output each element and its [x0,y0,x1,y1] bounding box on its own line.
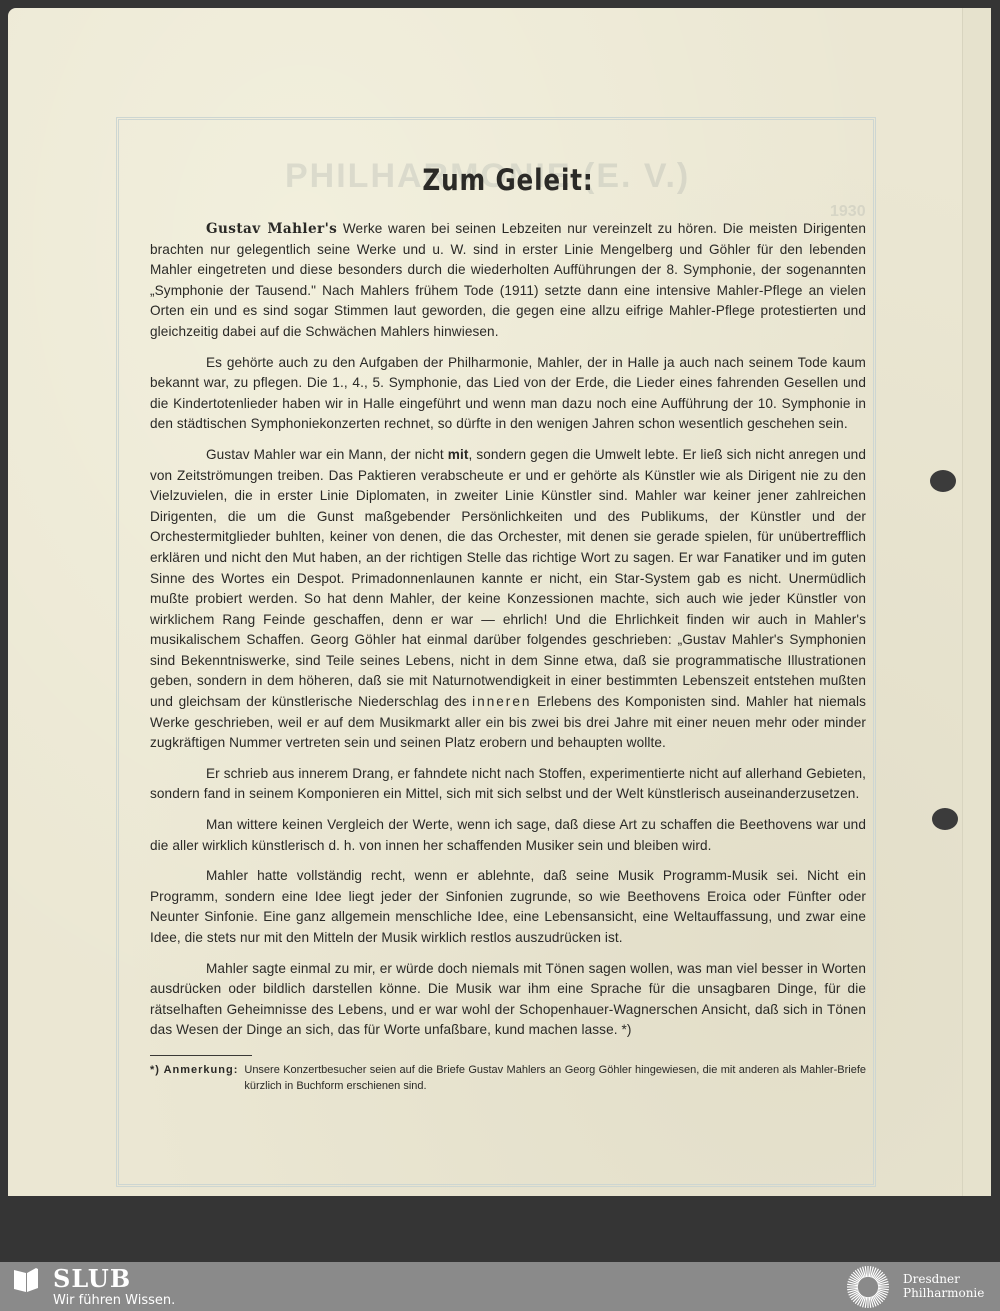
paragraph-2: Es gehörte auch zu den Aufgaben der Phil… [150,353,866,435]
footer-bar: SLUB Wir führen Wissen. Dresdner Philhar… [0,1262,1000,1311]
footnote-text: Unsere Konzertbesucher seien auf die Bri… [244,1062,866,1094]
paragraph-7: Mahler sagte einmal zu mir, er würde doc… [150,959,866,1041]
paragraph-4: Er schrieb aus innerem Drang, er fahndet… [150,764,866,805]
slub-name[interactable]: SLUB [53,1264,131,1293]
paragraph-3: Gustav Mahler war ein Mann, der nicht mi… [150,445,866,754]
document-body: Zum Geleit: Gustav Mahler's Werke waren … [150,163,866,1094]
page-title: Zum Geleit: [204,163,813,197]
sunburst-icon[interactable] [845,1264,891,1310]
book-icon[interactable] [12,1267,40,1293]
footnote: *) Anmerkung: Unsere Konzertbesucher sei… [150,1062,866,1094]
punch-hole [930,470,956,492]
paragraph-1: Gustav Mahler's Werke waren bei seinen L… [150,219,866,343]
slub-tagline: Wir führen Wissen. [53,1293,175,1308]
paragraph-5: Man wittere keinen Vergleich der Werte, … [150,815,866,856]
scan-frame: PHILHARMONIE (E. V.) 1930 Zum Geleit: Gu… [0,0,1000,1262]
footnote-label: *) Anmerkung: [150,1062,244,1094]
lead-name: Gustav Mahler's [206,221,337,237]
footnote-divider [150,1055,252,1056]
spaced-emphasis: inneren [472,694,531,709]
punch-hole [932,808,958,830]
dresdner-philharmonie-name[interactable]: Dresdner Philharmonie [903,1272,984,1300]
emphasis: mit [448,447,469,462]
paper-edge [962,8,991,1196]
paragraph-6: Mahler hatte vollständig recht, wenn er … [150,866,866,948]
